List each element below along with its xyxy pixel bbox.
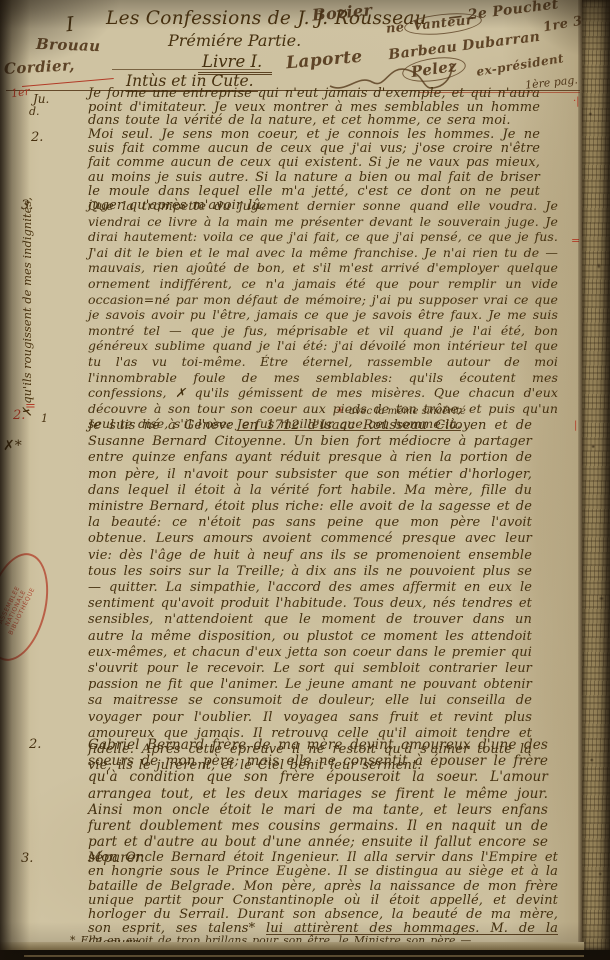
manuscript-paragraph: Gabriel Bernard frère de ma mère devint … [88,737,548,867]
margin-mark: 1 [41,412,48,425]
margin-mark: Ju. [33,92,49,106]
text-segment: Je suis né à Genève en 1712 d'Isaac Rous… [88,418,532,773]
manuscript-paragraph: Je suis né à Genève en 1712 d'Isaac Rous… [88,418,532,774]
manuscript-page: I Les Confessions de J. J. Rousseau Prém… [0,0,584,950]
binding-shadow [0,0,30,960]
paper-bottom-edge [0,942,584,950]
margin-mark: 2. [29,737,41,752]
margin-mark: d. [29,105,40,118]
text-segment: Je forme une entreprise qui n'eut jamais… [88,86,540,128]
margin-mark: | [574,420,577,431]
header-scribble: né [385,20,405,37]
header-scribble: ex-président [475,51,564,79]
manuscript-paragraph: Je forme une entreprise qui n'eut jamais… [88,87,540,128]
text-segment: Que la trompette du jugement dernier son… [88,198,558,431]
header-stroke [112,69,260,70]
text-segment: Gabriel Bernard frère de ma mère devint … [88,737,548,866]
page-number: I [65,12,75,37]
manuscript-photo: I Les Confessions de J. J. Rousseau Prém… [0,0,610,960]
book-fore-edge [582,0,610,950]
page-title: Les Confessions de J. J. Rousseau [106,8,427,29]
header-scribble: Brouau [36,35,101,55]
margin-mark: 2. [31,130,43,145]
photo-bottom-stripe [24,955,584,957]
manuscript-paragraph: Que la trompette du jugement dernier son… [88,198,558,432]
part-heading: Prémiére Partie. [168,31,301,50]
